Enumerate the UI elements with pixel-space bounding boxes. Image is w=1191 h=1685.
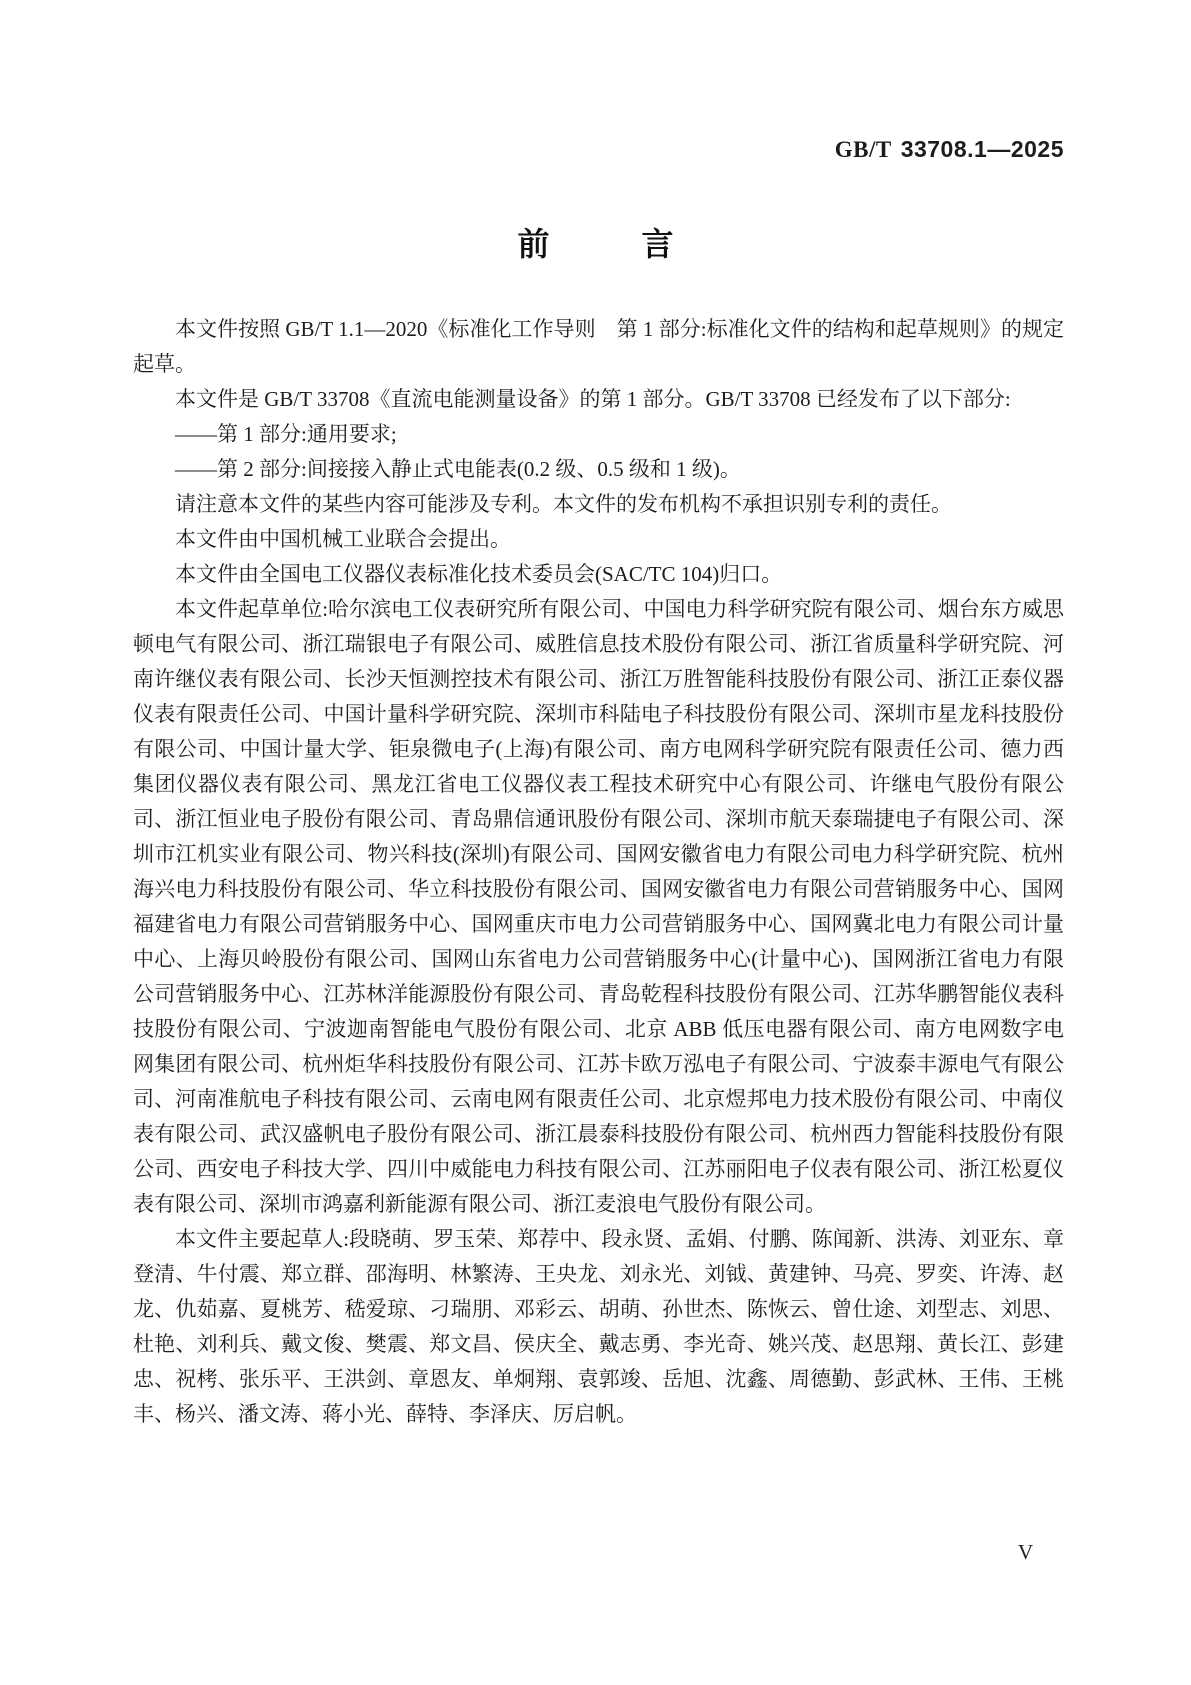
standard-code-prefix: GB/T [835,137,892,162]
paragraph-patent-notice: 请注意本文件的某些内容可能涉及专利。本文件的发布机构不承担识别专利的责任。 [133,487,1064,522]
paragraph-drafting-rule: 本文件按照 GB/T 1.1—2020《标准化工作导则 第 1 部分:标准化文件… [133,312,1064,382]
paragraph-main-drafters: 本文件主要起草人:段晓萌、罗玉荣、郑荐中、段永贤、孟娟、付鹏、陈闻新、洪涛、刘亚… [133,1222,1064,1432]
paragraph-technical-committee: 本文件由全国电工仪器仪表标准化技术委员会(SAC/TC 104)归口。 [133,557,1064,592]
foreword-body: 本文件按照 GB/T 1.1—2020《标准化工作导则 第 1 部分:标准化文件… [133,312,1064,1432]
list-item-part-1: ——第 1 部分:通用要求; [133,417,1064,452]
page-title-char-left: 前 [517,226,549,262]
page-number: V [1018,1540,1033,1565]
standard-code-number: 33708.1—2025 [901,136,1064,162]
paragraph-part-series-intro: 本文件是 GB/T 33708《直流电能测量设备》的第 1 部分。GB/T 33… [133,382,1064,417]
standard-code: GB/T33708.1—2025 [133,136,1064,163]
list-item-part-2: ——第 2 部分:间接接入静止式电能表(0.2 级、0.5 级和 1 级)。 [133,452,1064,487]
paragraph-proposer: 本文件由中国机械工业联合会提出。 [133,522,1064,557]
paragraph-drafting-organizations: 本文件起草单位:哈尔滨电工仪表研究所有限公司、中国电力科学研究院有限公司、烟台东… [133,592,1064,1222]
document-page: GB/T33708.1—2025 前言 本文件按照 GB/T 1.1—2020《… [0,0,1191,1685]
page-title: 前言 [0,219,1191,265]
page-title-char-right: 言 [642,226,674,262]
